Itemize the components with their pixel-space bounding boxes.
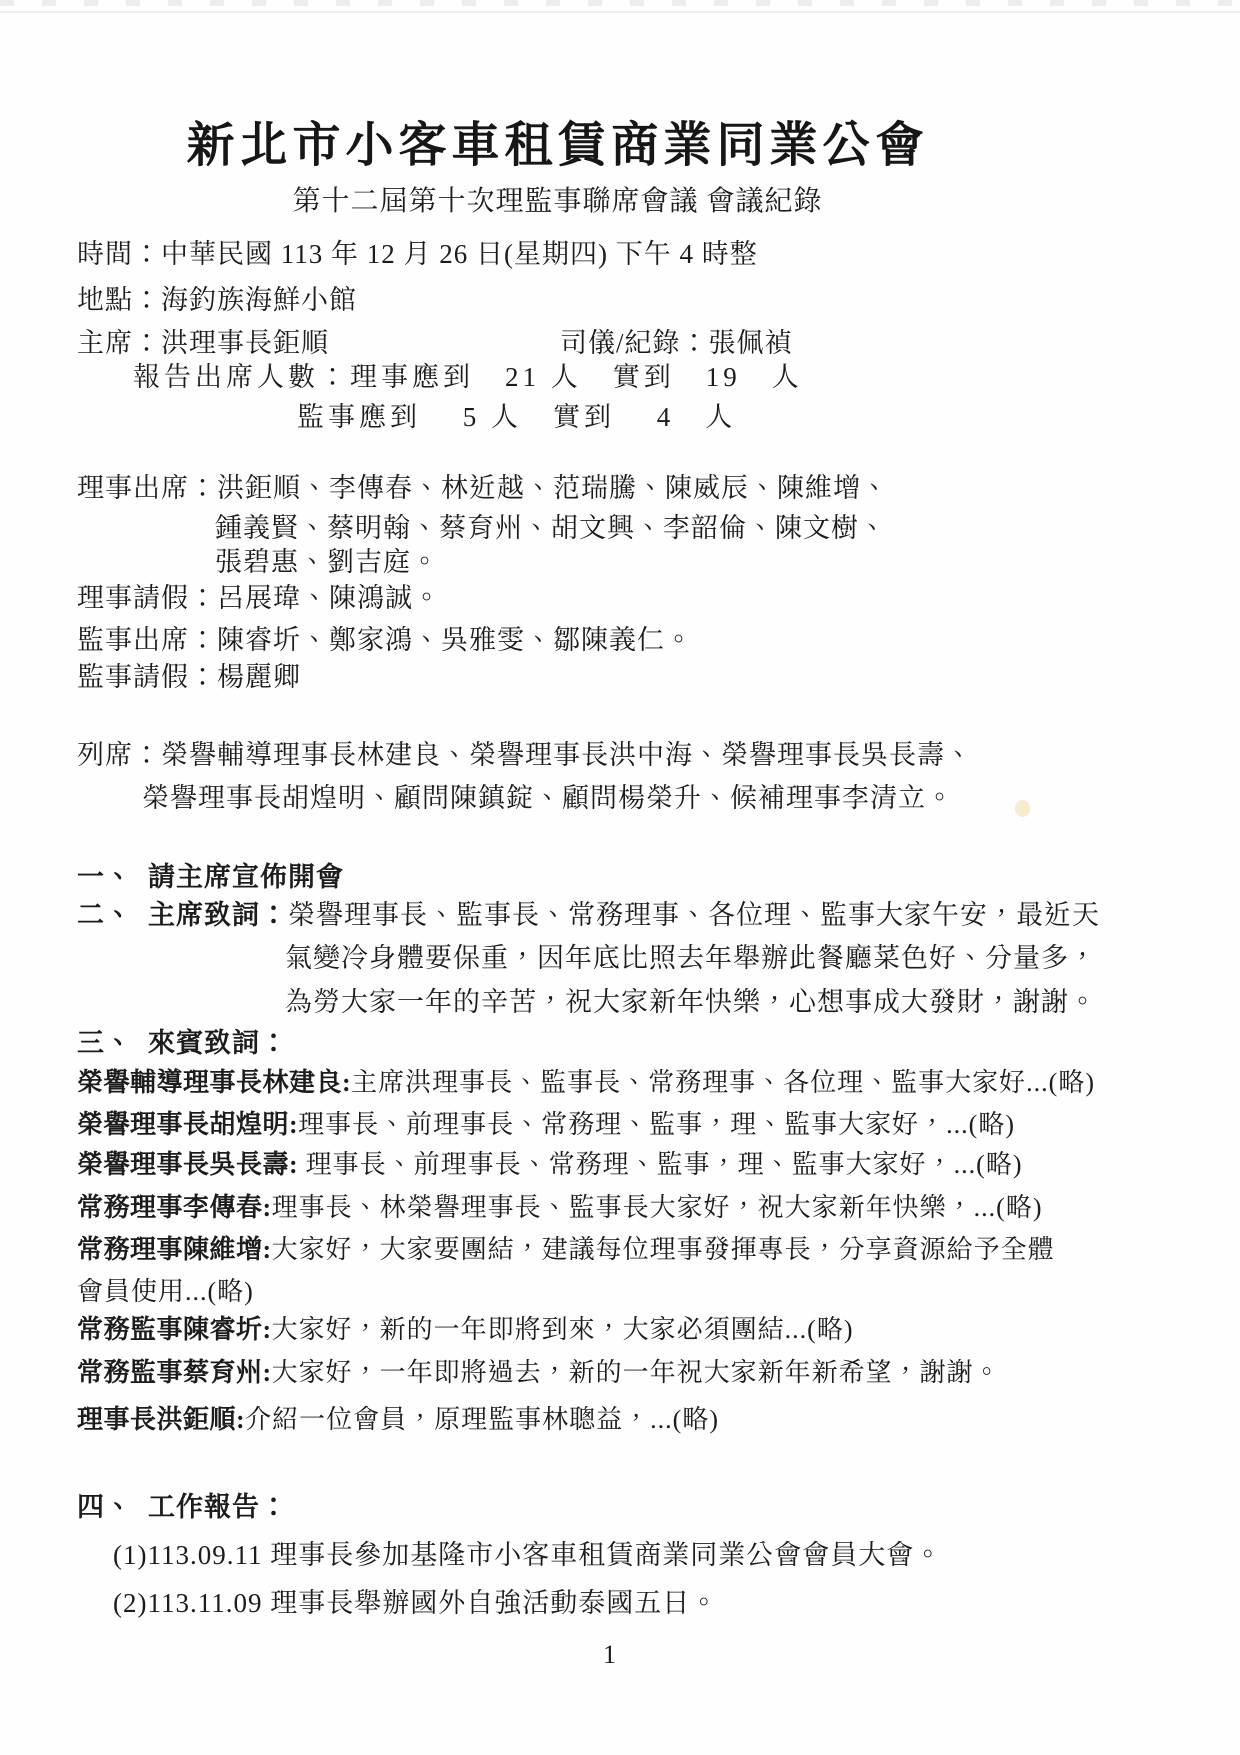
- speech-line-1: 榮譽輔導理事長林建良:主席洪理事長、監事長、常務理事、各位理、監事大家好...(…: [77, 1066, 1095, 1100]
- meeting-location: 地點：海釣族海鮮小館: [77, 283, 357, 317]
- scan-artifact-speck: [1015, 800, 1030, 817]
- directors-absent: 理事請假：呂展瑋、陳鴻誠。: [77, 581, 441, 615]
- speaker-name: 榮譽理事長胡煌明:: [77, 1110, 298, 1139]
- speaker-name: 常務理事陳維增:: [77, 1235, 272, 1264]
- observers-line-2: 榮譽理事長胡煌明、顧問陳鎮錠、顧問楊榮升、候補理事李清立。: [142, 781, 954, 815]
- attendance-directors-count: 報告出席人數：理事應到 21 人 實到 19 人: [133, 360, 803, 394]
- speech-text: 理事長、前理事長、常務理、監事，理、監事大家好，...(略): [298, 1110, 1015, 1139]
- document-page: 新北市小客車租賃商業同業公會 第十二屆第十次理監事聯席會議 會議紀錄 時間：中華…: [0, 0, 1240, 1755]
- directors-present-line-3: 張碧惠、劉吉庭。: [215, 545, 439, 579]
- observers-line-1: 列席：榮譽輔導理事長林建良、榮譽理事長洪中海、榮譽理事長吳長壽、: [77, 738, 973, 772]
- speech-text: 理事長、前理事長、常務理、監事，理、監事大家好，...(略): [298, 1150, 1022, 1179]
- meeting-chairman: 主席：洪理事長鉅順: [77, 326, 329, 360]
- agenda-item-2-continuation-2: 為勞大家一年的辛苦，祝大家新年快樂，心想事成大發財，謝謝。: [285, 985, 1097, 1019]
- supervisors-present: 監事出席：陳睿圻、鄭家鴻、吳雅雯、鄒陳義仁。: [77, 623, 693, 657]
- speech-line-2: 榮譽理事長胡煌明:理事長、前理事長、常務理、監事，理、監事大家好，...(略): [77, 1108, 1015, 1142]
- meeting-title: 新北市小客車租賃商業同業公會: [0, 117, 1115, 175]
- agenda-item-4-number: 四、: [77, 1490, 148, 1524]
- speech-line-6: 常務監事陳睿圻:大家好，新的一年即將到來，大家必須團結...(略): [77, 1313, 854, 1347]
- agenda-item-2-number: 二、: [77, 898, 148, 932]
- meeting-recorder: 司儀/紀錄：張佩禎: [560, 326, 793, 360]
- directors-present-line-1: 理事出席：洪鉅順、李傳春、林近越、范瑞騰、陳威辰、陳維增、: [77, 471, 889, 505]
- speech-text: 大家好，一年即將過去，新的一年祝大家新年新希望，謝謝。: [272, 1358, 1001, 1387]
- scan-artifact-top-dashes: [0, 0, 1240, 6]
- speech-text: 主席洪理事長、監事長、常務理事、各位理、監事大家好...(略): [351, 1068, 1095, 1097]
- agenda-item-3-label: 來賓致詞：: [148, 1028, 288, 1058]
- directors-present-line-2: 鍾義賢、蔡明翰、蔡育州、胡文興、李韶倫、陳文樹、: [215, 511, 887, 545]
- meeting-subtitle: 第十二屆第十次理監事聯席會議 會議紀錄: [0, 184, 1115, 220]
- agenda-item-2: 二、主席致詞：榮譽理事長、監事長、常務理事、各位理、監事大家午安，最近天: [77, 898, 1100, 932]
- supervisors-absent: 監事請假：楊麗卿: [77, 660, 301, 694]
- agenda-item-2-continuation-1: 氣變冷身體要保重，因年底比照去年舉辦此餐廳菜色好、分量多，: [285, 941, 1097, 975]
- scan-artifact-top-line: [0, 11, 1240, 13]
- meeting-time: 時間：中華民國 113 年 12 月 26 日(星期四) 下午 4 時整: [77, 237, 758, 271]
- speaker-name: 理事長洪鉅順:: [77, 1405, 245, 1434]
- agenda-item-1: 一、請主席宣佈開會: [77, 860, 344, 894]
- agenda-item-4: 四、工作報告：: [77, 1490, 288, 1524]
- work-report-2: (2)113.11.09 理事長舉辦國外自強活動泰國五日。: [113, 1586, 718, 1620]
- speaker-name: 榮譽輔導理事長林建良:: [77, 1068, 351, 1097]
- agenda-item-3-number: 三、: [77, 1026, 148, 1060]
- work-report-1: (1)113.09.11 理事長參加基隆市小客車租賃商業同業公會會員大會。: [113, 1538, 942, 1572]
- speech-text: 大家好，大家要團結，建議每位理事發揮專長，分享資源給予全體: [272, 1235, 1055, 1264]
- speaker-name: 常務監事陳睿圻:: [77, 1315, 272, 1344]
- speech-line-5-continuation: 會員使用...(略): [77, 1275, 254, 1309]
- speech-line-3: 榮譽理事長吳長壽: 理事長、前理事長、常務理、監事，理、監事大家好，...(略): [77, 1148, 1023, 1182]
- agenda-item-1-number: 一、: [77, 860, 148, 894]
- speech-line-5: 常務理事陳維增:大家好，大家要團結，建議每位理事發揮專長，分享資源給予全體: [77, 1233, 1055, 1267]
- page-number: 1: [0, 1638, 1220, 1672]
- speech-line-7: 常務監事蔡育州:大家好，一年即將過去，新的一年祝大家新年新希望，謝謝。: [77, 1356, 1001, 1390]
- attendance-supervisors-count: 監事應到 5 人 實到 4 人: [297, 400, 736, 434]
- agenda-item-4-label: 工作報告：: [148, 1492, 288, 1522]
- speech-text: 理事長、林榮譽理事長、監事長大家好，祝大家新年快樂，...(略): [272, 1193, 1043, 1222]
- speech-text: 大家好，新的一年即將到來，大家必須團結...(略): [272, 1315, 854, 1344]
- speaker-name: 榮譽理事長吳長壽:: [77, 1150, 298, 1179]
- agenda-item-2-text: 榮譽理事長、監事長、常務理事、各位理、監事大家午安，最近天: [288, 900, 1100, 930]
- speech-line-4: 常務理事李傳春:理事長、林榮譽理事長、監事長大家好，祝大家新年快樂，...(略): [77, 1191, 1043, 1225]
- agenda-item-2-label: 主席致詞：: [148, 900, 288, 930]
- agenda-item-3: 三、來賓致詞：: [77, 1026, 288, 1060]
- speech-line-8: 理事長洪鉅順:介紹一位會員，原理監事林聰益，...(略): [77, 1403, 719, 1437]
- agenda-item-1-title: 請主席宣佈開會: [148, 862, 344, 892]
- speaker-name: 常務理事李傳春:: [77, 1193, 272, 1222]
- speech-text: 介紹一位會員，原理監事林聰益，...(略): [245, 1405, 719, 1434]
- speaker-name: 常務監事蔡育州:: [77, 1358, 272, 1387]
